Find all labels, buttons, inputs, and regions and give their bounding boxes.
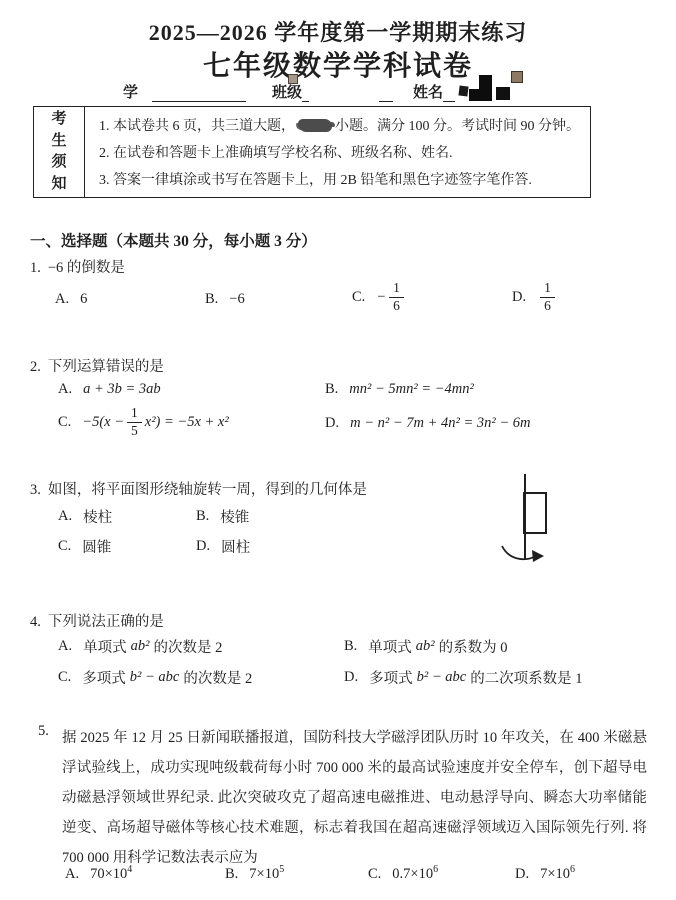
option-label: C. bbox=[58, 414, 71, 431]
question-1-number: 1. bbox=[30, 260, 41, 276]
fraction: 16 bbox=[540, 281, 555, 312]
question-4-text: 下列说法正确的是 bbox=[48, 614, 164, 630]
question-3-text: 如图，将平面图形绕轴旋转一周，得到的几何体是 bbox=[48, 482, 367, 498]
notice-item-3: 3. 答案一律填涂或书写在答题卡上，用 2B 铅笔和黑色字迹签字笔作答. bbox=[99, 169, 580, 189]
option-formula: b² − abc bbox=[417, 669, 467, 686]
scan-artifact-square-icon bbox=[288, 74, 298, 84]
notice-item-1-pre: 1. 本试卷共 6 页，共三道大题， bbox=[99, 119, 295, 134]
notice-item-1-post: 小题。满分 100 分。考试时间 90 分钟。 bbox=[335, 119, 580, 134]
school-blank bbox=[152, 85, 246, 102]
option-label: A. bbox=[58, 381, 72, 398]
q4-option-a: A. 单项式 ab² 的次数是 2 bbox=[58, 636, 222, 657]
option-formula: b² − abc bbox=[130, 669, 180, 686]
name-blank bbox=[443, 85, 455, 102]
question-4-stem: 4.下列说法正确的是 bbox=[30, 610, 164, 631]
q4-option-d: D. 多项式 b² − abc 的二次项系数是 1 bbox=[344, 667, 583, 688]
scan-mark-square-icon bbox=[469, 89, 480, 101]
q2-option-d: D. m − n² − 7m + 4n² = 3n² − 6m bbox=[325, 415, 531, 432]
notice-side-label: 考生须知 bbox=[51, 109, 68, 195]
minus-sign: − bbox=[376, 289, 386, 306]
option-formula: 16 bbox=[537, 281, 558, 312]
question-3-number: 3. bbox=[30, 482, 41, 498]
formula-base: 70×10 bbox=[90, 866, 127, 882]
option-text: 圆柱 bbox=[221, 536, 250, 557]
q2-option-c: C. −5(x −15x²) = −5x + x² bbox=[58, 402, 229, 442]
option-label: D. bbox=[325, 415, 339, 432]
notice-body: 1. 本试卷共 6 页，共三道大题，小题。满分 100 分。考试时间 90 分钟… bbox=[85, 107, 590, 197]
question-3-stem: 3.如图，将平面图形绕轴旋转一周，得到的几何体是 bbox=[30, 478, 367, 499]
formula-post: x²) = −5x + x² bbox=[145, 414, 229, 431]
option-label: C. bbox=[352, 289, 365, 306]
exam-session-title: 2025—2026 学年度第一学期期末练习 bbox=[0, 16, 676, 47]
fraction-numerator: 1 bbox=[127, 406, 142, 421]
option-formula: a + 3b = 3ab bbox=[83, 381, 161, 398]
q4-option-b: B. 单项式 ab² 的系数为 0 bbox=[344, 636, 508, 657]
fraction-numerator: 1 bbox=[540, 281, 555, 296]
option-formula: 70×104 bbox=[90, 866, 132, 883]
scan-mark-square-icon bbox=[479, 75, 492, 101]
question-2-stem: 2.下列运算错误的是 bbox=[30, 355, 164, 376]
question-2-text: 下列运算错误的是 bbox=[48, 359, 164, 375]
q1-option-c: C. −16 bbox=[352, 277, 407, 317]
scan-mark-square-icon bbox=[496, 87, 510, 100]
option-formula: 7×105 bbox=[249, 866, 284, 883]
option-label: B. bbox=[225, 866, 238, 883]
option-label: A. bbox=[55, 291, 69, 308]
question-5-text: 据 2025 年 12 月 25 日新闻联播报道，国防科技大学磁浮团队历时 10… bbox=[62, 723, 647, 873]
rotation-arrow-icon bbox=[499, 543, 546, 566]
option-label: C. bbox=[58, 538, 71, 555]
option-text: 的二次项系数是 1 bbox=[470, 667, 582, 688]
section-1-heading: 一、选择题（本题共 30 分，每小题 3 分） bbox=[30, 229, 317, 251]
q2-option-b: B. mn² − 5mn² = −4mn² bbox=[325, 381, 474, 398]
option-label: C. bbox=[368, 866, 381, 883]
q1-option-a: A. 6 bbox=[55, 291, 87, 308]
formula-base: 7×10 bbox=[540, 866, 570, 882]
option-label: A. bbox=[58, 638, 72, 655]
scan-mark-square-icon bbox=[458, 85, 468, 96]
q5-option-b: B. 7×105 bbox=[225, 866, 284, 883]
fraction-denominator: 5 bbox=[127, 422, 142, 438]
option-text: 圆锥 bbox=[82, 536, 111, 557]
fraction-denominator: 6 bbox=[540, 297, 555, 313]
question-5-number: 5. bbox=[38, 723, 49, 740]
q3-option-a: A. 棱柱 bbox=[58, 506, 112, 527]
q2-option-a: A. a + 3b = 3ab bbox=[58, 381, 161, 398]
option-label: D. bbox=[196, 538, 210, 555]
option-text: 棱锥 bbox=[220, 506, 249, 527]
option-label: A. bbox=[58, 508, 72, 525]
rotation-rectangle bbox=[523, 492, 547, 534]
formula-exponent: 6 bbox=[570, 864, 575, 875]
option-formula: 0.7×106 bbox=[392, 866, 438, 883]
student-info-line: 学 班级 姓名 bbox=[123, 82, 455, 102]
notice-box: 考生须知 1. 本试卷共 6 页，共三道大题，小题。满分 100 分。考试时间 … bbox=[33, 106, 591, 198]
option-text: 棱柱 bbox=[83, 506, 112, 527]
class-label: 班级 bbox=[272, 81, 302, 102]
middle-blank bbox=[379, 85, 393, 102]
formula-pre: −5(x − bbox=[82, 414, 124, 431]
q1-option-b: B. −6 bbox=[205, 291, 245, 308]
option-label: D. bbox=[512, 289, 526, 306]
formula-base: 0.7×10 bbox=[392, 866, 433, 882]
notice-side-cell: 考生须知 bbox=[34, 107, 85, 197]
ink-smudge-icon bbox=[298, 119, 332, 132]
fraction: 16 bbox=[389, 281, 404, 312]
notice-item-2: 2. 在试卷和答题卡上准确填写学校名称、班级名称、姓名. bbox=[99, 142, 580, 162]
scan-mark-square-icon bbox=[511, 71, 523, 83]
option-formula: 7×106 bbox=[540, 866, 575, 883]
q3-option-d: D. 圆柱 bbox=[196, 536, 250, 557]
question-1-stem: 1.−6 的倒数是 bbox=[30, 256, 125, 277]
q3-option-b: B. 棱锥 bbox=[196, 506, 249, 527]
school-label: 学 bbox=[123, 81, 138, 102]
q5-option-d: D. 7×106 bbox=[515, 866, 575, 883]
fraction-denominator: 6 bbox=[389, 297, 404, 313]
option-text: −6 bbox=[229, 291, 244, 308]
exam-paper-title: 七年级数学学科试卷 bbox=[0, 44, 676, 84]
option-formula: −16 bbox=[376, 281, 407, 312]
exam-page: 2025—2026 学年度第一学期期末练习 七年级数学学科试卷 学 班级 姓名 … bbox=[0, 0, 676, 900]
option-formula: −5(x −15x²) = −5x + x² bbox=[82, 406, 228, 437]
option-text: 单项式 bbox=[368, 636, 412, 657]
option-text: 单项式 bbox=[83, 636, 127, 657]
formula-base: 7×10 bbox=[249, 866, 279, 882]
option-formula: ab² bbox=[416, 638, 435, 655]
option-text: 的次数是 2 bbox=[183, 667, 252, 688]
question-2-number: 2. bbox=[30, 359, 41, 375]
option-text: 的次数是 2 bbox=[153, 636, 222, 657]
option-label: B. bbox=[344, 638, 357, 655]
option-label: A. bbox=[65, 866, 79, 883]
option-text: 多项式 bbox=[82, 667, 126, 688]
q5-option-a: A. 70×104 bbox=[65, 866, 132, 883]
option-text: 多项式 bbox=[369, 667, 413, 688]
class-blank bbox=[302, 85, 309, 102]
fraction: 15 bbox=[127, 406, 142, 437]
option-label: B. bbox=[196, 508, 209, 525]
option-formula: m − n² − 7m + 4n² = 3n² − 6m bbox=[350, 415, 530, 432]
fraction-numerator: 1 bbox=[389, 281, 404, 296]
option-text: 的系数为 0 bbox=[439, 636, 508, 657]
formula-exponent: 6 bbox=[433, 864, 438, 875]
question-4-number: 4. bbox=[30, 614, 41, 630]
q3-option-c: C. 圆锥 bbox=[58, 536, 111, 557]
q4-option-c: C. 多项式 b² − abc 的次数是 2 bbox=[58, 667, 252, 688]
option-label: C. bbox=[58, 669, 71, 686]
notice-item-1: 1. 本试卷共 6 页，共三道大题，小题。满分 100 分。考试时间 90 分钟… bbox=[99, 115, 580, 135]
option-text: 6 bbox=[80, 291, 87, 308]
formula-exponent: 5 bbox=[279, 864, 284, 875]
q1-option-d: D. 16 bbox=[512, 277, 558, 317]
option-formula: ab² bbox=[131, 638, 150, 655]
formula-exponent: 4 bbox=[127, 864, 132, 875]
option-label: D. bbox=[344, 669, 358, 686]
question-1-text: −6 的倒数是 bbox=[48, 260, 125, 276]
option-label: B. bbox=[205, 291, 218, 308]
option-label: B. bbox=[325, 381, 338, 398]
option-label: D. bbox=[515, 866, 529, 883]
option-formula: mn² − 5mn² = −4mn² bbox=[349, 381, 474, 398]
q5-option-c: C. 0.7×106 bbox=[368, 866, 438, 883]
name-label: 姓名 bbox=[413, 81, 443, 102]
